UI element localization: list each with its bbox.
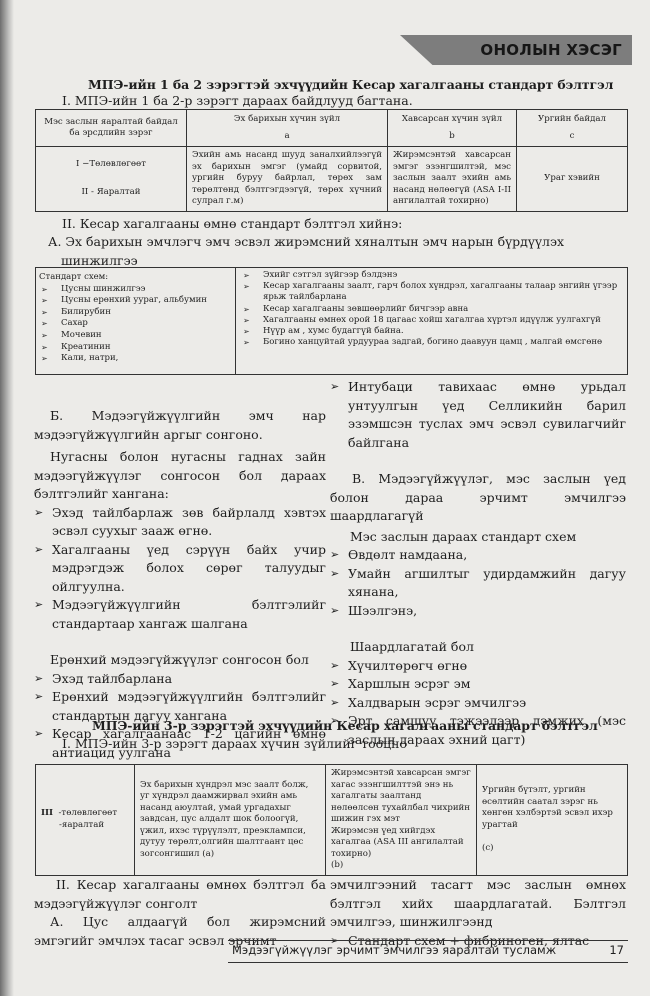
arrow-bullet-icon: ➢ xyxy=(241,315,263,326)
right-column: ➢Интубаци тавихаас өмнө урьдал унтуулгын… xyxy=(330,378,626,749)
list-item: ➢Хагалгааны үед сэрүүн байх учир мэдрэгд… xyxy=(34,541,326,597)
comorbid-cell: Жирэмсэнтэй хавсарсан эмгэг эзэнгшилтэй,… xyxy=(388,147,517,212)
prep-box: Стандарт схем: ➢Цусны шинжилгээ➢Цусны ер… xyxy=(35,267,628,375)
arrow-bullet-icon: ➢ xyxy=(330,602,348,621)
prep-list: ➢Эхийг сэтгэл зүйгээр бэлдэнэ➢Кесар хага… xyxy=(237,268,627,374)
left-column: Б. Мэдээгүйжүүлгийн эмч нар мэдээгүйжүүл… xyxy=(34,407,326,762)
section-banner: ОНОЛЫН ХЭСЭГ xyxy=(400,35,632,65)
list-item: ➢Креатинин xyxy=(39,342,235,354)
arrow-bullet-icon: ➢ xyxy=(39,307,61,319)
page-number: 17 xyxy=(609,943,624,957)
arrow-bullet-icon: ➢ xyxy=(330,694,348,713)
header-cell: Ургийн байдалc xyxy=(517,110,628,147)
arrow-bullet-icon: ➢ xyxy=(39,295,61,307)
arrow-bullet-icon: ➢ xyxy=(34,688,52,725)
arrow-bullet-icon: ➢ xyxy=(34,670,52,689)
part-v: В. Мэдээгүйжүүлэг, мэс заслын үед болон … xyxy=(330,470,626,526)
arrow-bullet-icon: ➢ xyxy=(39,284,61,296)
obstetric-cell: Эх барихын хүндрэл мэс заалт болж, уг хү… xyxy=(135,765,326,876)
arrow-bullet-icon: ➢ xyxy=(241,270,263,281)
arrow-bullet-icon: ➢ xyxy=(241,326,263,337)
arrow-bullet-icon: ➢ xyxy=(241,304,263,315)
running-title: Мэдээгүйжүүлэг эрчимт эмчилгээ яаралтай … xyxy=(232,943,556,957)
general-intro: Ерөнхий мэдээгүйжүүлэг сонгосон бол xyxy=(34,651,326,670)
list-item: ➢Сахар xyxy=(39,318,235,330)
page-edge-shadow xyxy=(0,0,14,996)
regional-intro: Нугасны болон нугасны гаднах зайн мэдээг… xyxy=(34,448,326,504)
list-item: ➢Шээлгэнэ, xyxy=(330,602,626,621)
part2-title: II. Кесар хагалгааны өмнө стандарт бэлтг… xyxy=(62,215,402,234)
list-item: ➢Цусны ерөнхий уураг, альбумин xyxy=(39,295,235,307)
section2-left: II. Кесар хагалгааны өмнөх бэлтгэл ба мэ… xyxy=(34,876,326,950)
list-item: ➢Богино ханцуйтай урдуураа задгай, богин… xyxy=(241,337,621,348)
page-footer: Мэдээгүйжүүлэг эрчимт эмчилгээ яаралтай … xyxy=(232,943,624,957)
list-item: ➢Кали, натри, xyxy=(39,353,235,365)
header-cell: Мэс заслын яаралтай байдал ба эрсдлийн з… xyxy=(36,110,187,147)
arrow-bullet-icon: ➢ xyxy=(330,546,348,565)
footer-rule-bottom xyxy=(228,962,628,963)
arrow-bullet-icon: ➢ xyxy=(39,330,61,342)
list-item: ➢Хүчилтөрөгч өгнө xyxy=(330,657,626,676)
section-label: ОНОЛЫН ХЭСЭГ xyxy=(480,41,622,59)
section2-right: эмчилгээний тасагт мэс заслын өмнөх бэлт… xyxy=(330,876,626,950)
part2-a: А. Эх барихын эмчлэгч эмч эсвэл жирэмсни… xyxy=(48,233,626,270)
arrow-bullet-icon: ➢ xyxy=(34,725,52,762)
postop-intro: Мэс заслын дараах стандарт схем xyxy=(330,528,626,547)
arrow-bullet-icon: ➢ xyxy=(34,504,52,541)
arrow-bullet-icon: ➢ xyxy=(34,596,52,633)
list-item: ➢Халдварын эсрэг эмчилгээ xyxy=(330,694,626,713)
if-needed-intro: Шаардлагатай бол xyxy=(330,638,626,657)
list-item: ➢Кесар хагалгааны зөвшөөрлийг бичгээр ав… xyxy=(241,304,621,315)
section2-intro: I. МПЭ-ийн 3-р зэрэгт дараах хүчин зүйли… xyxy=(62,735,407,754)
arrow-bullet-icon: ➢ xyxy=(34,541,52,597)
list-item: ➢Мочевин xyxy=(39,330,235,342)
grade-cell: I −Төлөвлөгөөт II - Яаралтай xyxy=(36,147,187,212)
regional-list: ➢Эхэд тайлбарлаж зөв байрлалд хэвтэх эсв… xyxy=(34,504,326,634)
obstetric-cell: Эхийн амь насанд шууд заналхийлээгүй эх … xyxy=(187,147,388,212)
footer-rule-top xyxy=(228,940,628,941)
list-item: ➢ Харшлын эсрэг эм xyxy=(330,675,626,694)
arrow-bullet-icon: ➢ xyxy=(330,675,348,694)
fetal-cell: Ураг хэвийн xyxy=(517,147,628,212)
grade-3-table: III -төлөвлөгөөт -яаралтай Эх барихын хү… xyxy=(35,764,628,876)
section1-intro: I. МПЭ-ийн 1 ба 2-р зэрэгт дараах байдлу… xyxy=(62,92,413,111)
arrow-bullet-icon: ➢ xyxy=(241,281,263,303)
header-cell: Эх барихын хүчин зүйлa xyxy=(187,110,388,147)
arrow-bullet-icon: ➢ xyxy=(39,353,61,365)
grade-1-2-table: Мэс заслын яаралтай байдал ба эрсдлийн з… xyxy=(35,109,628,212)
list-item: ➢Мэдээгүйжүүлгийн бэлтгэлийг стандартаар… xyxy=(34,596,326,633)
arrow-bullet-icon: ➢ xyxy=(39,318,61,330)
arrow-bullet-icon: ➢ xyxy=(330,378,348,452)
list-item: ➢Кесар хагалгааны заалт, гарч болох хүнд… xyxy=(241,281,621,303)
list-item: ➢Билирубин xyxy=(39,307,235,319)
comorbid-cell: Жирэмсэнтэй хавсарсан эмгэг хагас эзэнгш… xyxy=(326,765,477,876)
header-cell: Хавсарсан хүчин зүйлb xyxy=(388,110,517,147)
section2-part2-title: II. Кесар хагалгааны өмнөх бэлтгэл ба мэ… xyxy=(34,876,326,913)
section2-title: МПЭ-ийн 3-р зэрэгтэй эхчүүдийн Кесар хаг… xyxy=(92,718,598,733)
arrow-bullet-icon: ➢ xyxy=(241,337,263,348)
arrow-bullet-icon: ➢ xyxy=(330,657,348,676)
list-item: ➢Умайн агшилтыг удирдамжийн дагуу хянана… xyxy=(330,565,626,602)
list-item: ➢Эхэд тайлбарлаж зөв байрлалд хэвтэх эсв… xyxy=(34,504,326,541)
arrow-bullet-icon: ➢ xyxy=(330,565,348,602)
standard-scheme: Стандарт схем: ➢Цусны шинжилгээ➢Цусны ер… xyxy=(36,268,236,374)
section1-title: МПЭ-ийн 1 ба 2 зэрэгтэй эхчүүдийн Кесар … xyxy=(88,77,613,92)
arrow-bullet-icon: ➢ xyxy=(39,342,61,354)
intubation-item: ➢Интубаци тавихаас өмнө урьдал унтуулгын… xyxy=(330,378,626,452)
list-item: ➢Цусны шинжилгээ xyxy=(39,284,235,296)
postop-list: ➢Өвдөлт намдаана,➢Умайн агшилтыг удирдам… xyxy=(330,546,626,620)
part-b: Б. Мэдээгүйжүүлгийн эмч нар мэдээгүйжүүл… xyxy=(34,407,326,444)
list-item: ➢Нүүр ам , хумс будаггүй байна. xyxy=(241,326,621,337)
fetal-cell: Ургийн бүтэлт, ургийн өсөлтийн саатал зэ… xyxy=(477,765,628,876)
standard-scheme-title: Стандарт схем: xyxy=(39,272,235,284)
section2-right-text: эмчилгээний тасагт мэс заслын өмнөх бэлт… xyxy=(330,876,626,932)
list-item: ➢Өвдөлт намдаана, xyxy=(330,546,626,565)
list-item: ➢Эхэд тайлбарлана xyxy=(34,670,326,689)
grade-cell: III -төлөвлөгөөт -яаралтай xyxy=(36,765,135,876)
list-item: ➢Хагалгааны өмнөх орой 18 цагаас хойш ха… xyxy=(241,315,621,326)
list-item: ➢Эхийг сэтгэл зүйгээр бэлдэнэ xyxy=(241,270,621,281)
